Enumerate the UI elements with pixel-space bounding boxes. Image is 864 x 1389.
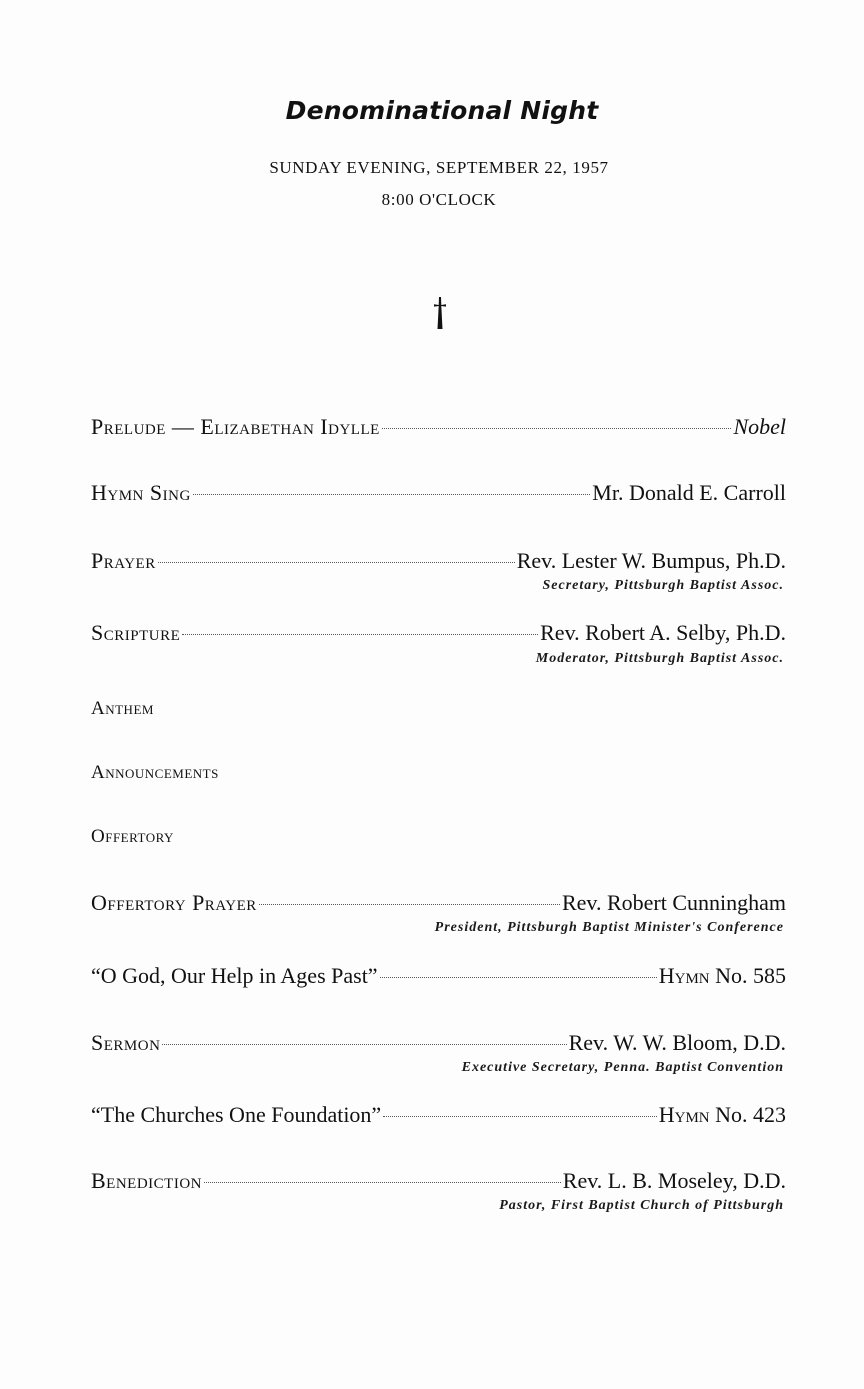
- hymn-number: Hymn No. 423: [659, 1102, 786, 1128]
- hymn-prefix: Hymn: [659, 963, 710, 988]
- hymn-title: “The Churches One Foundation”: [91, 1102, 381, 1128]
- hymn-number: Hymn No. 585: [659, 963, 786, 989]
- performer-title: Moderator, Pittsburgh Baptist Assoc.: [536, 651, 784, 667]
- program-item-offertory: Offertory: [91, 826, 174, 848]
- program-label: Sermon: [91, 1030, 160, 1056]
- dot-leader: [259, 904, 560, 905]
- program-performer: Rev. W. W. Bloom, D.D.: [569, 1030, 786, 1056]
- performer-title: Executive Secretary, Penna. Baptist Conv…: [462, 1060, 784, 1076]
- program-performer: Rev. Robert Cunningham: [562, 890, 786, 916]
- program-performer: Nobel: [733, 414, 786, 440]
- program-item-benediction: Benediction Rev. L. B. Moseley, D.D.: [91, 1168, 786, 1194]
- cross-icon: [433, 297, 447, 329]
- program-item-anthem: Anthem: [91, 698, 154, 720]
- program-item-sermon: Sermon Rev. W. W. Bloom, D.D.: [91, 1030, 786, 1056]
- program-item-scripture: Scripture Rev. Robert A. Selby, Ph.D.: [91, 620, 786, 646]
- dot-leader: [383, 1116, 657, 1117]
- program-item-announcements: Announcements: [91, 762, 219, 784]
- program-item-prelude: Prelude — Elizabethan Idylle Nobel: [91, 414, 786, 440]
- performer-title: Secretary, Pittsburgh Baptist Assoc.: [543, 578, 784, 594]
- hymn-title: “O God, Our Help in Ages Past”: [91, 963, 378, 989]
- program-performer: Mr. Donald E. Carroll: [592, 480, 786, 506]
- dot-leader: [193, 494, 591, 495]
- program-item-hymn-423: “The Churches One Foundation” Hymn No. 4…: [91, 1102, 786, 1128]
- dot-leader: [380, 977, 657, 978]
- program-label: Benediction: [91, 1168, 202, 1194]
- program-performer: Rev. L. B. Moseley, D.D.: [563, 1168, 786, 1194]
- performer-title: Pastor, First Baptist Church of Pittsbur…: [499, 1198, 784, 1214]
- dot-leader: [162, 1044, 566, 1045]
- program-label: Prelude — Elizabethan Idylle: [91, 414, 380, 440]
- time-line: 8:00 O'CLOCK: [0, 190, 864, 210]
- date-line: SUNDAY EVENING, SEPTEMBER 22, 1957: [0, 158, 864, 178]
- dot-leader: [182, 634, 538, 635]
- program-label: Scripture: [91, 620, 180, 646]
- performer-title: President, Pittsburgh Baptist Minister's…: [435, 920, 784, 936]
- dot-leader: [204, 1182, 561, 1183]
- program-item-offertory-prayer: Offertory Prayer Rev. Robert Cunningham: [91, 890, 786, 916]
- hymn-number-value: No. 423: [715, 1102, 786, 1127]
- dot-leader: [158, 562, 515, 563]
- program-label: Offertory Prayer: [91, 890, 257, 916]
- program-label: Prayer: [91, 548, 156, 574]
- hymn-number-value: No. 585: [715, 963, 786, 988]
- program-item-hymn-sing: Hymn Sing Mr. Donald E. Carroll: [91, 480, 786, 506]
- hymn-prefix: Hymn: [659, 1102, 710, 1127]
- program-label: Hymn Sing: [91, 480, 191, 506]
- program-item-prayer: Prayer Rev. Lester W. Bumpus, Ph.D.: [91, 548, 786, 574]
- program-performer: Rev. Robert A. Selby, Ph.D.: [540, 620, 786, 646]
- page-title: Denominational Night: [0, 96, 864, 125]
- program-performer: Rev. Lester W. Bumpus, Ph.D.: [517, 548, 786, 574]
- program-item-hymn-585: “O God, Our Help in Ages Past” Hymn No. …: [91, 963, 786, 989]
- dot-leader: [382, 428, 732, 429]
